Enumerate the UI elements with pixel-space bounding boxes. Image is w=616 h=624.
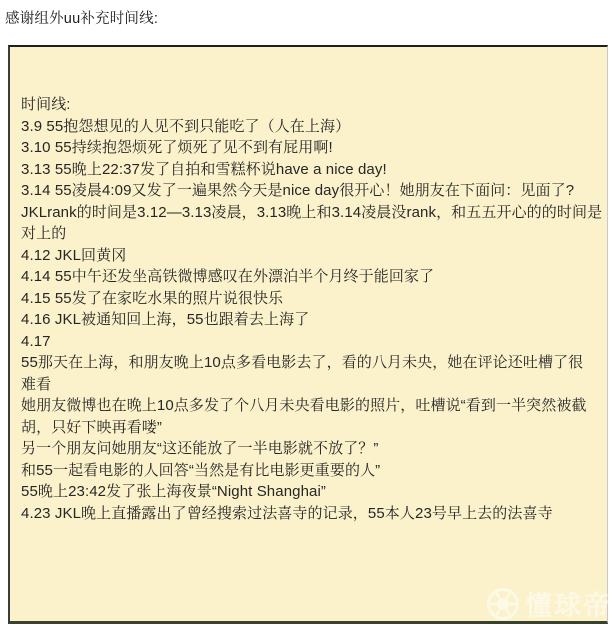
timeline-line: JKLrank的时间是3.12—3.13凌晨，3.13晚上和3.14凌晨没ran… bbox=[21, 202, 597, 224]
timeline-line: 另一个朋友问她朋友“这还能放了一半电影就不放了？” bbox=[21, 438, 597, 460]
timeline-line: 时间线: bbox=[21, 94, 597, 116]
timeline-line: 3.13 55晚上22:37发了自拍和雪糕杯说have a nice day! bbox=[21, 159, 597, 181]
timeline-line: 4.15 55发了在家吃水果的照片说很快乐 bbox=[21, 288, 597, 310]
intro-text: 感谢组外uu补充时间线: bbox=[5, 7, 158, 28]
timeline-line: 难看 bbox=[21, 374, 597, 396]
timeline-line: 55那天在上海，和朋友晚上10点多看电影去了，看的八月未央，她在评论还吐槽了很 bbox=[21, 352, 597, 374]
timeline-line: 3.9 55抱怨想见的人见不到只能吃了（人在上海） bbox=[21, 116, 597, 138]
timeline-line: 4.14 55中午还发坐高铁微博感叹在外漂泊半个月终于能回家了 bbox=[21, 266, 597, 288]
timeline-line: 3.10 55持续抱怨烦死了烦死了见不到有屁用啊! bbox=[21, 137, 597, 159]
timeline-line: 她朋友微博也在晚上10点多发了个八月未央看电影的照片，吐槽说“看到一半突然被截 bbox=[21, 395, 597, 417]
timeline-line: 4.12 JKL回黄冈 bbox=[21, 245, 597, 267]
timeline-line: 4.16 JKL被通知回上海，55也跟着去上海了 bbox=[21, 309, 597, 331]
timeline-quote-box: 时间线:3.9 55抱怨想见的人见不到只能吃了（人在上海）3.10 55持续抱怨… bbox=[8, 45, 608, 624]
timeline-line: 3.14 55凌晨4:09又发了一遍果然今天是nice day很开心！她朋友在下… bbox=[21, 180, 597, 202]
timeline-line: 4.17 bbox=[21, 331, 597, 353]
timeline-line: 和55一起看电影的人回答“当然是有比电影更重要的人” bbox=[21, 460, 597, 482]
timeline-line: 对上的 bbox=[21, 223, 597, 245]
timeline-line: 4.23 JKL晚上直播露出了曾经搜索过法喜寺的记录，55本人23号早上去的法喜… bbox=[21, 503, 597, 525]
timeline-line: 胡，只好下映再看喽” bbox=[21, 417, 597, 439]
timeline-line: 55晚上23:42发了张上海夜景“Night Shanghai” bbox=[21, 481, 597, 503]
timeline-lines: 时间线:3.9 55抱怨想见的人见不到只能吃了（人在上海）3.10 55持续抱怨… bbox=[21, 94, 597, 524]
